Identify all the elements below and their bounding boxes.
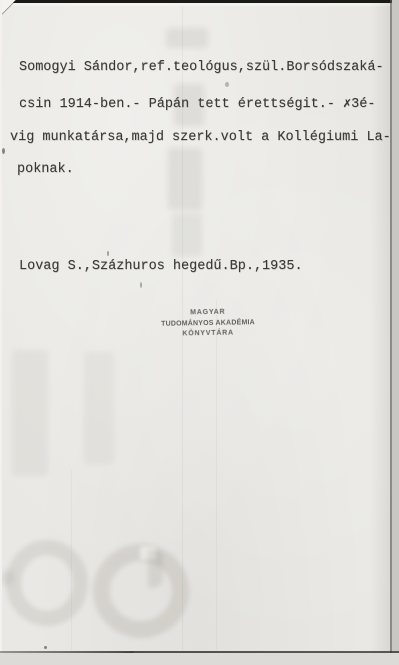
circular-stamp-ghost: [0, 570, 14, 586]
scanned-catalog-card: Somogyi Sándor,ref.teológus,szül.Borsóds…: [0, 0, 399, 665]
card-corner-cut: [0, 0, 16, 16]
typewritten-line: poknak.: [17, 162, 74, 178]
ink-bleedthrough-smudge: [168, 148, 202, 210]
stamp-line: KÖNYVTÁRA: [146, 328, 270, 341]
ink-speck: [107, 251, 109, 256]
typewritten-line: csin 1914-ben.- Pápán tett érettségit.- …: [19, 97, 375, 113]
crease-line: [216, 300, 217, 650]
ink-bleedthrough-smudge: [172, 214, 202, 256]
typewritten-line: vig munkatársa,majd szerk.volt a Kollégi…: [10, 130, 391, 146]
typewritten-line: Somogyi Sándor,ref.teológus,szül.Borsóds…: [19, 60, 384, 76]
paper-edge-highlight: [0, 3, 399, 6]
library-stamp: MAGYAR TUDOMÁNYOS AKADÉMIA KÖNYVTÁRA: [146, 307, 271, 341]
ink-speck: [44, 646, 47, 649]
circular-stamp-ghost: [6, 540, 88, 626]
scan-background-right: [392, 0, 399, 665]
circular-stamp-ghost: [148, 550, 163, 588]
ink-speck: [140, 282, 142, 288]
ink-speck: [225, 82, 229, 87]
scan-background-bottom: [0, 653, 399, 665]
ink-bleedthrough-smudge: [84, 352, 114, 464]
ink-bleedthrough-smudge: [166, 28, 208, 48]
paper-edge-shadow: [370, 0, 390, 665]
scan-edge-left: [0, 0, 2, 665]
ink-bleedthrough-smudge: [12, 350, 48, 476]
citation-line: Lovag S.,Százhuros hegedű.Bp.,1935.: [19, 259, 303, 275]
ink-speck: [2, 148, 5, 154]
